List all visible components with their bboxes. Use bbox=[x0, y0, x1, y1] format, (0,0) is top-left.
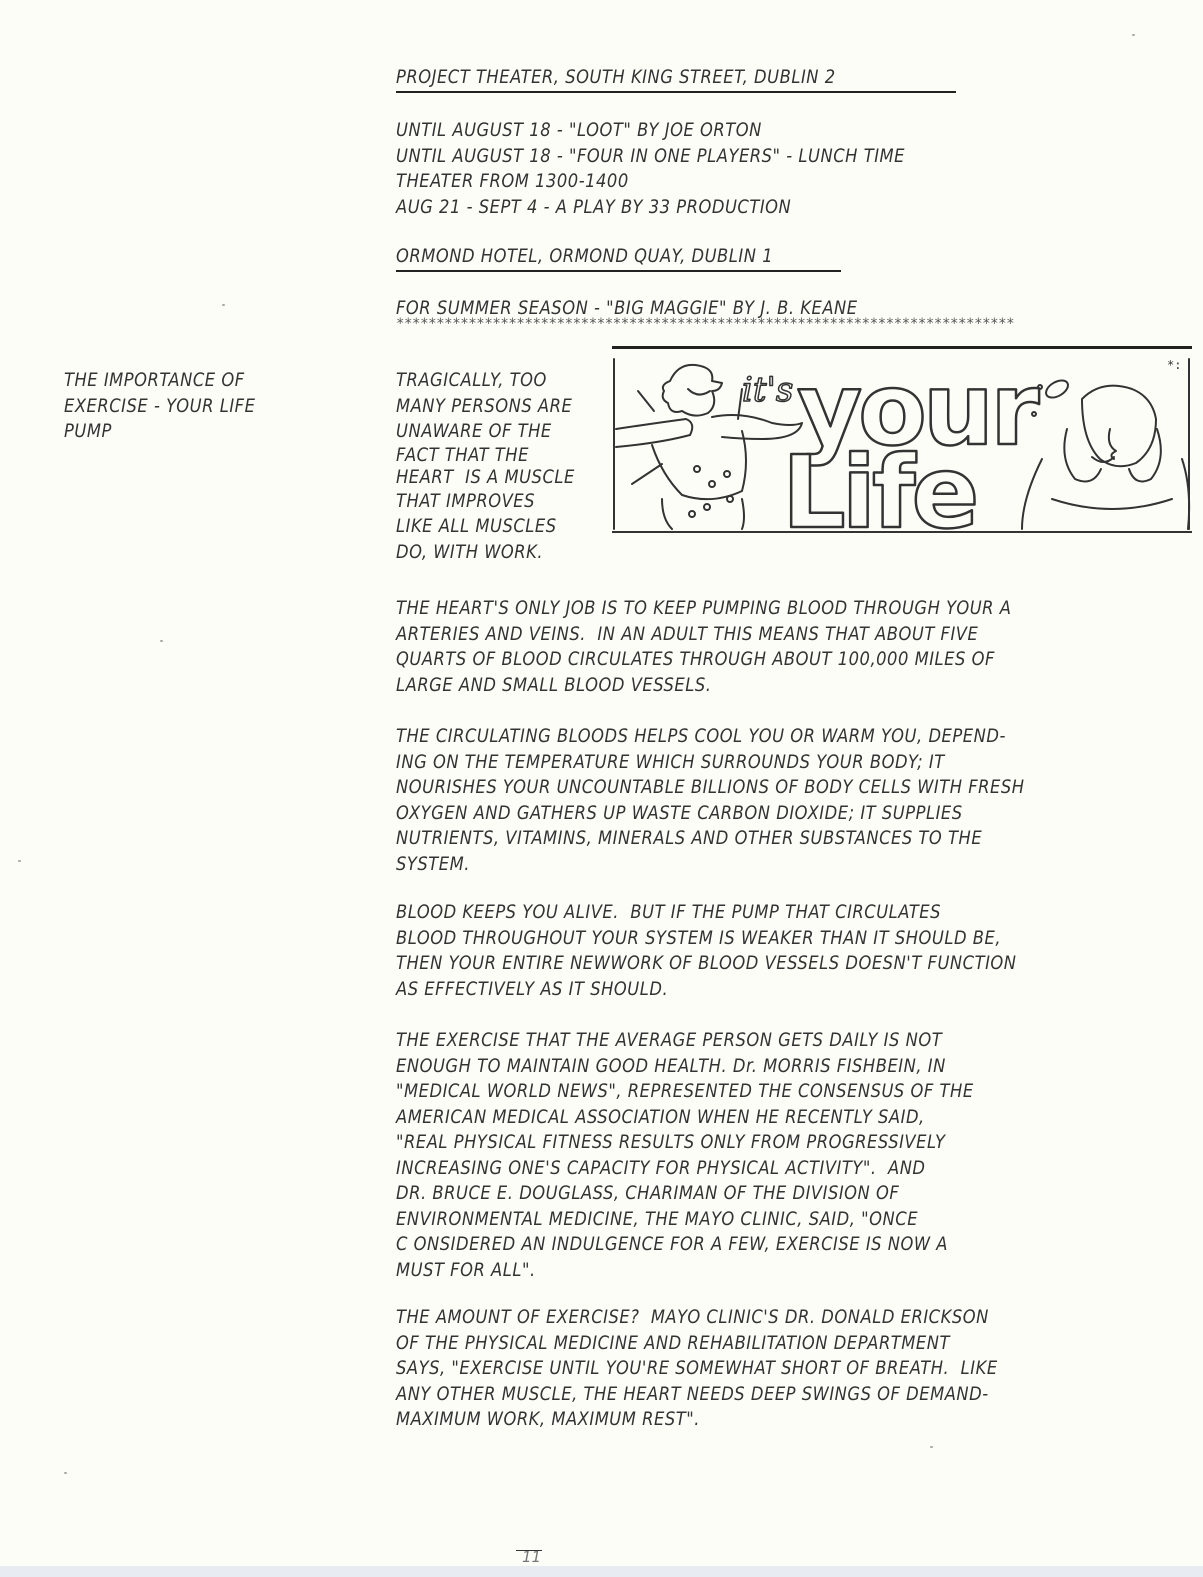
scan-speck bbox=[18, 860, 21, 862]
paragraph-5: THE AMOUNT OF EXERCISE? MAYO CLINIC'S DR… bbox=[396, 1305, 1096, 1433]
worried-person bbox=[1082, 386, 1156, 467]
paragraph-line: ANY OTHER MUSCLE, THE HEART NEEDS DEEP S… bbox=[396, 1382, 998, 1408]
page-number: 11 bbox=[522, 1548, 541, 1566]
paragraph-line: DR. BRUCE E. DOUGLASS, CHARIMAN OF THE D… bbox=[396, 1181, 974, 1207]
intro-line: FACT THAT THE bbox=[396, 445, 575, 465]
svg-text:Life: Life bbox=[782, 434, 975, 531]
paragraph-line: ENVIRONMENTAL MEDICINE, THE MAYO CLINIC,… bbox=[396, 1207, 974, 1233]
scan-bottom-edge bbox=[0, 1566, 1203, 1577]
scan-speck bbox=[930, 1446, 933, 1448]
paragraph-line: ARTERIES AND VEINS. IN AN ADULT THIS MEA… bbox=[396, 622, 1011, 648]
svg-text:*:: *: bbox=[1167, 358, 1181, 372]
intro-line: MANY PERSONS ARE bbox=[396, 394, 575, 420]
paragraph-line: OF THE PHYSICAL MEDICINE AND REHABILITAT… bbox=[396, 1331, 998, 1357]
paragraph-line: AMERICAN MEDICAL ASSOCIATION WHEN HE REC… bbox=[396, 1105, 974, 1131]
paragraph-line: INCREASING ONE'S CAPACITY FOR PHYSICAL A… bbox=[396, 1156, 974, 1182]
article-side-title: THE IMPORTANCE OF EXERCISE - YOUR LIFE P… bbox=[64, 368, 287, 445]
intro-line: UNAWARE OF THE bbox=[396, 419, 575, 445]
cartoon-illustration: it's your Life *: bbox=[612, 349, 1192, 531]
scan-speck bbox=[1132, 34, 1135, 36]
intro-line: TRAGICALLY, TOO bbox=[396, 368, 575, 394]
paragraph-4: THE EXERCISE THAT THE AVERAGE PERSON GET… bbox=[396, 1028, 1068, 1283]
paragraph-line: C ONSIDERED AN INDULGENCE FOR A FEW, EXE… bbox=[396, 1232, 974, 1258]
venue-heading-project-theater: PROJECT THEATER, SOUTH KING STREET, DUBL… bbox=[396, 66, 956, 93]
paragraph-line: NUTRIENTS, VITAMINS, MINERALS AND OTHER … bbox=[396, 826, 1025, 852]
its-your-life-cartoon: it's your Life *: bbox=[612, 346, 1192, 533]
paragraph-line: BLOOD KEEPS YOU ALIVE. BUT IF THE PUMP T… bbox=[396, 900, 1017, 926]
svg-text:it's: it's bbox=[742, 370, 793, 410]
paragraph-line: SYSTEM. bbox=[396, 852, 1025, 878]
paragraph-1: THE HEART'S ONLY JOB IS TO KEEP PUMPING … bbox=[396, 596, 1112, 698]
listing-line: UNTIL AUGUST 18 - "FOUR IN ONE PLAYERS" … bbox=[396, 144, 905, 170]
paragraph-line: THEN YOUR ENTIRE NEWWORK OF BLOOD VESSEL… bbox=[396, 951, 1017, 977]
side-title-line: PUMP bbox=[64, 419, 255, 445]
paragraph-line: LARGE AND SMALL BLOOD VESSELS. bbox=[396, 673, 1011, 699]
paragraph-line: MUST FOR ALL". bbox=[396, 1258, 974, 1284]
intro-line: THAT IMPROVES bbox=[396, 489, 575, 515]
side-title-line: EXERCISE - YOUR LIFE bbox=[64, 394, 255, 420]
article-intro: TRAGICALLY, TOO MANY PERSONS ARE UNAWARE… bbox=[396, 368, 604, 565]
paragraph-line: THE AMOUNT OF EXERCISE? MAYO CLINIC'S DR… bbox=[396, 1305, 998, 1331]
venue-heading-ormond-hotel: ORMOND HOTEL, ORMOND QUAY, DUBLIN 1 bbox=[396, 245, 841, 272]
intro-line: DO, WITH WORK. bbox=[396, 540, 575, 566]
paragraph-line: NOURISHES YOUR UNCOUNTABLE BILLIONS OF B… bbox=[396, 775, 1025, 801]
paragraph-line: THE CIRCULATING BLOODS HELPS COOL YOU OR… bbox=[396, 724, 1025, 750]
scan-speck bbox=[222, 304, 225, 306]
paragraph-line: "MEDICAL WORLD NEWS", REPRESENTED THE CO… bbox=[396, 1079, 974, 1105]
paragraph-2: THE CIRCULATING BLOODS HELPS COOL YOU OR… bbox=[396, 724, 1127, 877]
listing-line: THEATER FROM 1300-1400 bbox=[396, 169, 905, 195]
scan-speck bbox=[64, 1472, 67, 1474]
asterisk-separator: ****************************************… bbox=[396, 316, 1203, 332]
laughing-man bbox=[663, 365, 722, 416]
venue-name: PROJECT THEATER, SOUTH KING STREET, DUBL… bbox=[396, 66, 836, 88]
intro-line: LIKE ALL MUSCLES bbox=[396, 514, 575, 540]
listing-line: AUG 21 - SEPT 4 - A PLAY BY 33 PRODUCTIO… bbox=[396, 195, 905, 221]
listing-project-theater: UNTIL AUGUST 18 - "LOOT" BY JOE ORTON UN… bbox=[396, 118, 988, 220]
listing-line: UNTIL AUGUST 18 - "LOOT" BY JOE ORTON bbox=[396, 118, 905, 144]
scan-speck bbox=[160, 640, 163, 642]
paragraph-line: OXYGEN AND GATHERS UP WASTE CARBON DIOXI… bbox=[396, 801, 1025, 827]
paragraph-line: MAXIMUM WORK, MAXIMUM REST". bbox=[396, 1407, 998, 1433]
paragraph-line: AS EFFECTIVELY AS IT SHOULD. bbox=[396, 977, 1017, 1003]
paragraph-line: SAYS, "EXERCISE UNTIL YOU'RE SOMEWHAT SH… bbox=[396, 1356, 998, 1382]
paragraph-line: BLOOD THROUGHOUT YOUR SYSTEM IS WEAKER T… bbox=[396, 926, 1017, 952]
paragraph-line: THE HEART'S ONLY JOB IS TO KEEP PUMPING … bbox=[396, 596, 1011, 622]
paragraph-line: ING ON THE TEMPERATURE WHICH SURROUNDS Y… bbox=[396, 750, 1025, 776]
paragraph-line: ENOUGH TO MAINTAIN GOOD HEALTH. Dr. MORR… bbox=[396, 1054, 974, 1080]
intro-line: HEART IS A MUSCLE bbox=[396, 465, 575, 489]
paragraph-3: BLOOD KEEPS YOU ALIVE. BUT IF THE PUMP T… bbox=[396, 900, 1118, 1002]
paragraph-line: "REAL PHYSICAL FITNESS RESULTS ONLY FROM… bbox=[396, 1130, 974, 1156]
paragraph-line: THE EXERCISE THAT THE AVERAGE PERSON GET… bbox=[396, 1028, 974, 1054]
paragraph-line: QUARTS OF BLOOD CIRCULATES THROUGH ABOUT… bbox=[396, 647, 1011, 673]
venue-name: ORMOND HOTEL, ORMOND QUAY, DUBLIN 1 bbox=[396, 245, 773, 267]
side-title-line: THE IMPORTANCE OF bbox=[64, 368, 255, 394]
